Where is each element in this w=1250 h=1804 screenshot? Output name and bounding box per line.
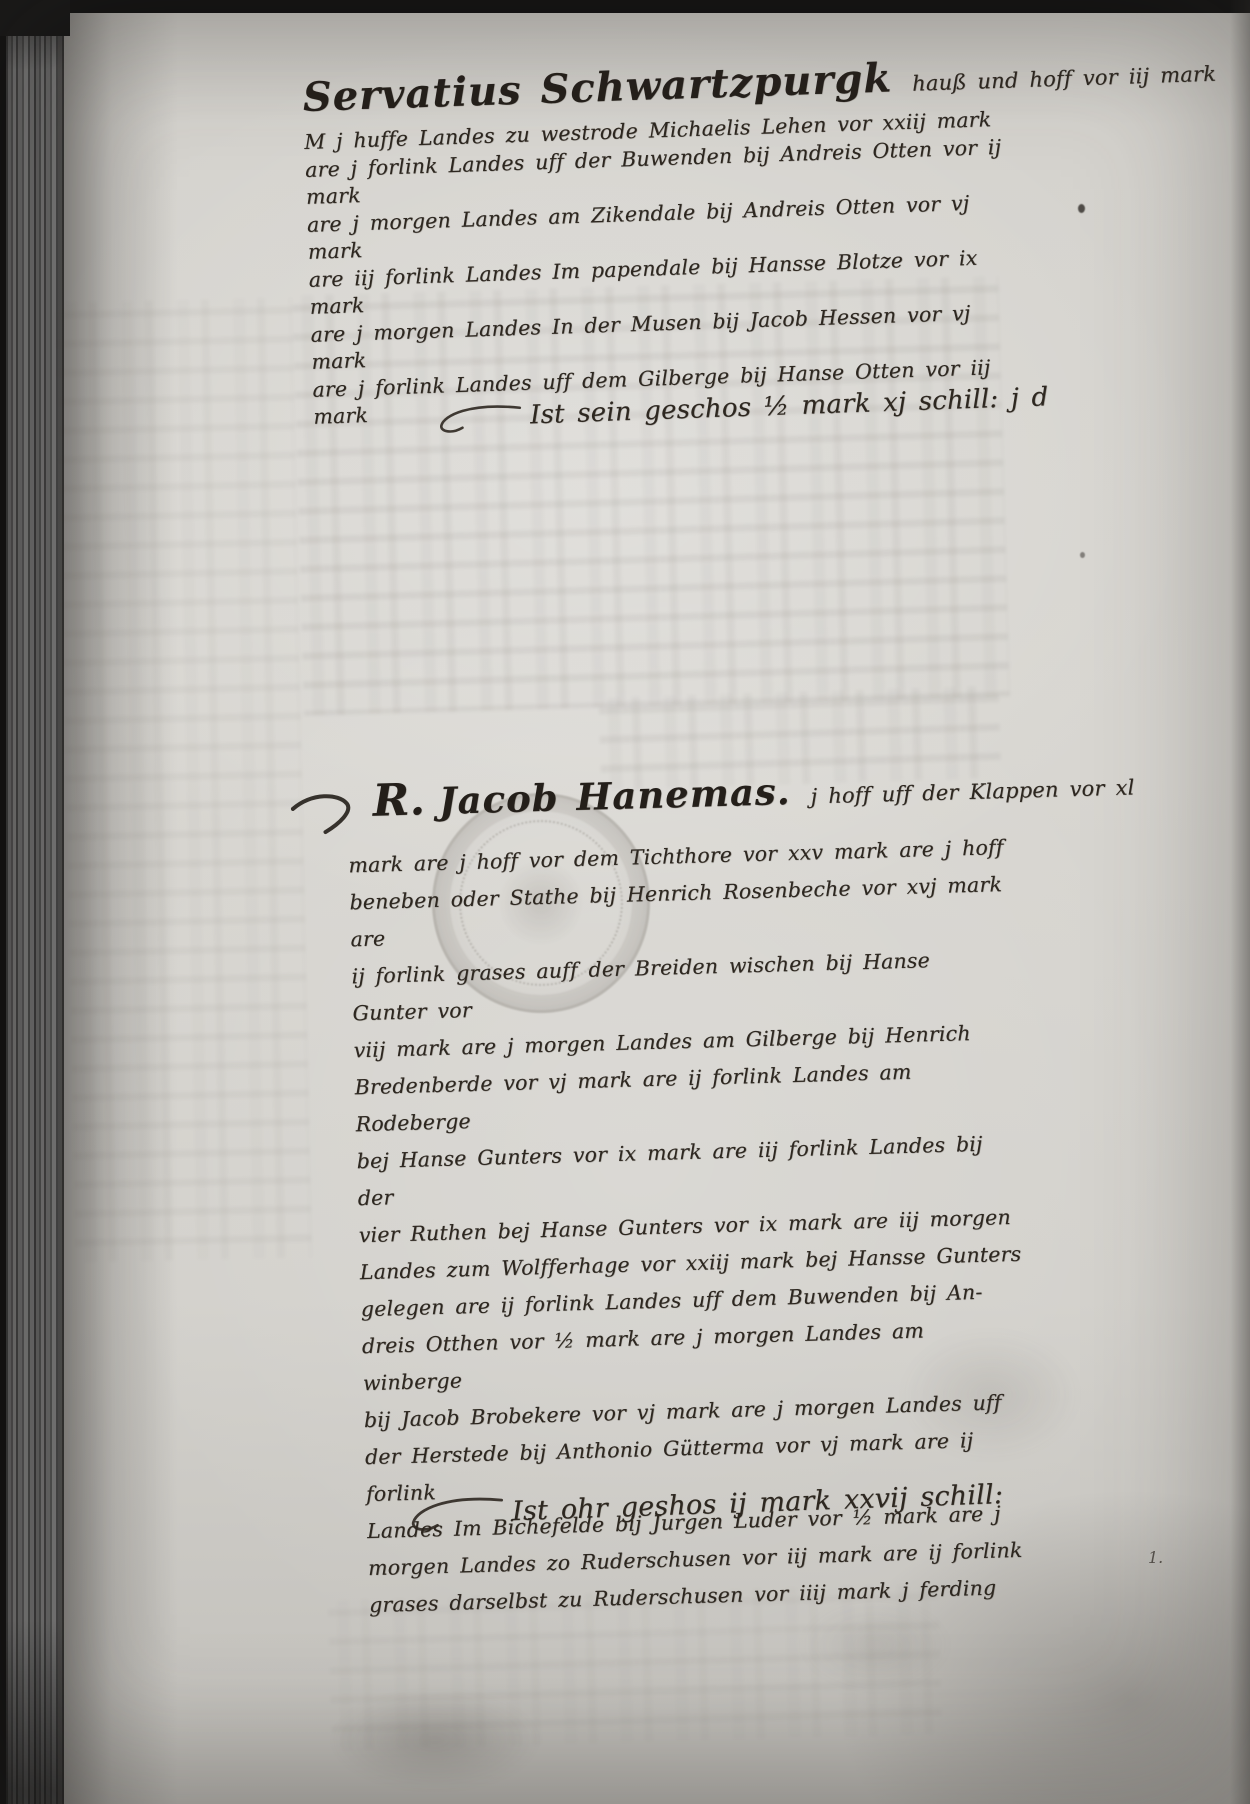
pen-flourish-icon (407, 1493, 504, 1536)
book-top-edge (0, 0, 1250, 13)
entry-servatius-schwartzpurgk: Servatius Schwartzpurgkhauß und hoff vor… (302, 51, 1019, 432)
top-left-corner-shadow (0, 0, 70, 36)
entry-initial: R. (372, 774, 426, 826)
ink-speck (1078, 204, 1085, 213)
ink-speck (1080, 552, 1085, 558)
entry-name: Jacob Hanemas. (438, 769, 791, 823)
book-page-edges (0, 0, 64, 1804)
entry-body: M j huffe Landes zu westrode Michaelis L… (304, 106, 1020, 432)
pen-flourish-icon (290, 788, 365, 836)
gutter-shadow (58, 0, 178, 1804)
pen-flourish-icon (436, 400, 523, 437)
folio-mark: 1. (1148, 1548, 1163, 1567)
manuscript-page-photo: Servatius Schwartzpurgkhauß und hoff vor… (0, 0, 1250, 1804)
right-edge-shadow (1230, 0, 1250, 1804)
